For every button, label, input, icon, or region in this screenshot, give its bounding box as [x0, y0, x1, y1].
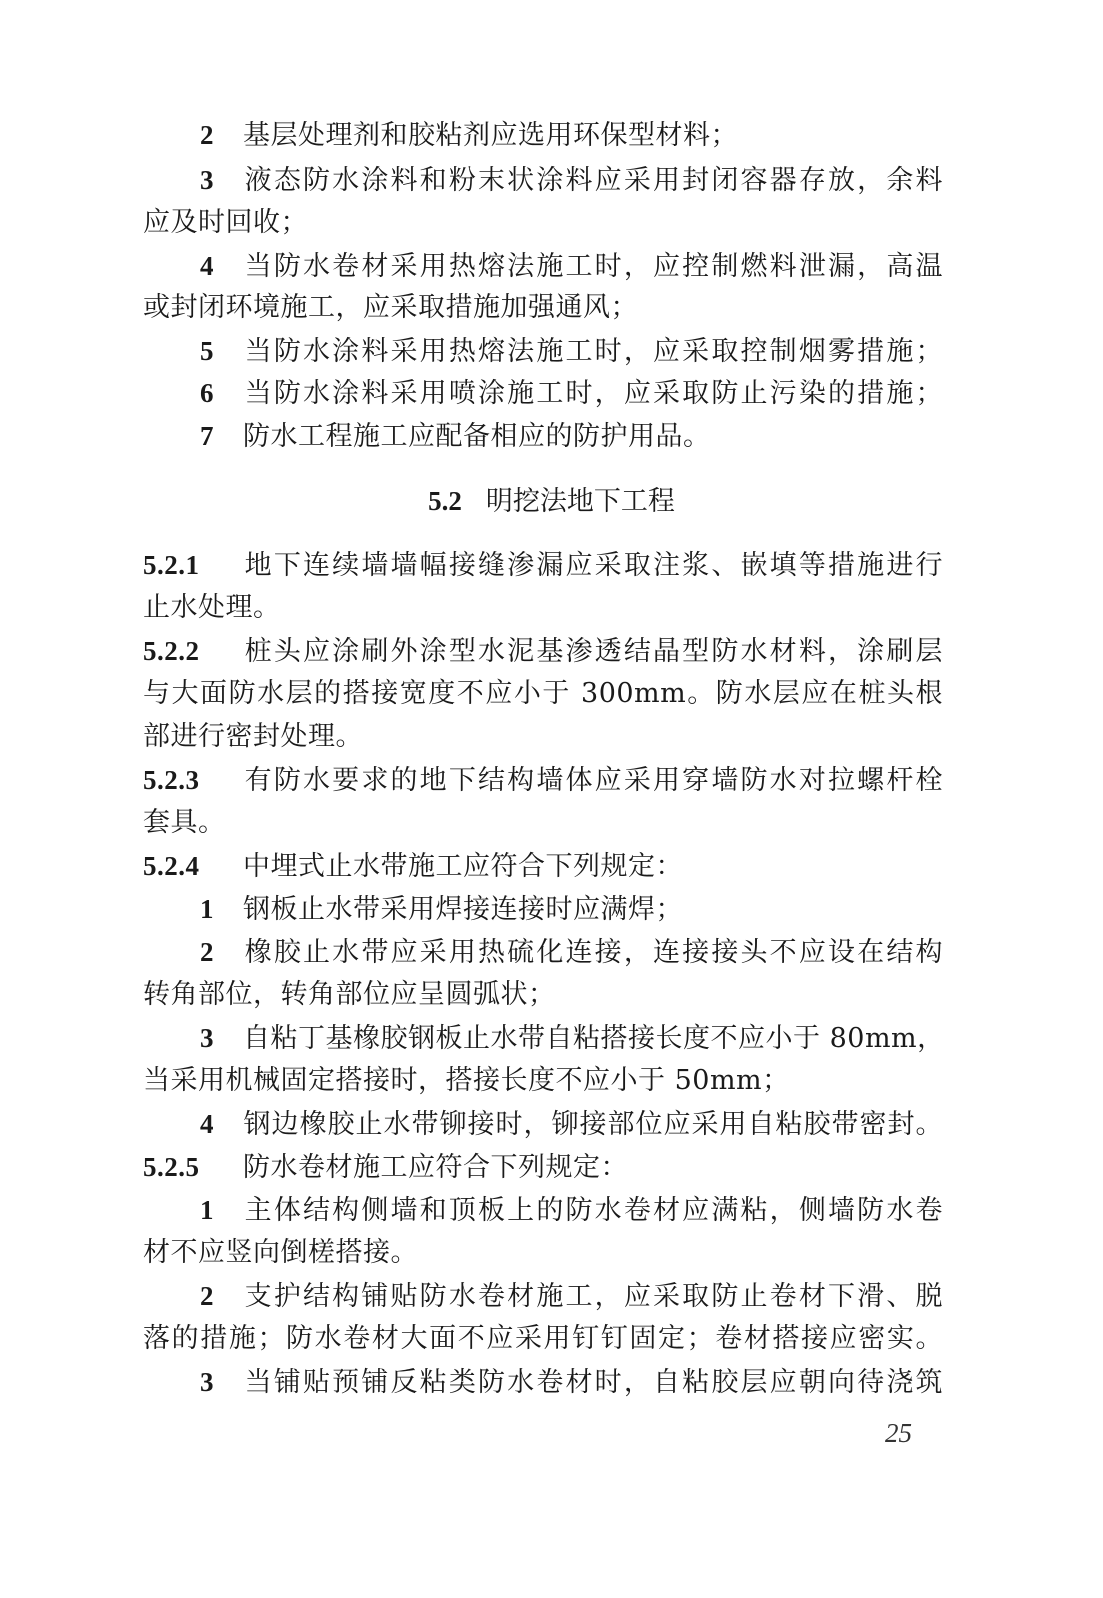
line-text: 桩头应涂刷外涂型水泥基渗透结晶型防水材料，涂刷层 — [243, 636, 943, 667]
list-item-line: 3自粘丁基橡胶钢板止水带自粘搭接长度不应小于 80mm， — [200, 1017, 943, 1059]
item-number: 3 — [200, 1361, 243, 1403]
line-text: 基层处理剂和胶粘剂应选用环保型材料； — [243, 120, 738, 151]
list-item-line: 6当防水涂料采用喷涂施工时，应采取防止污染的措施； — [200, 372, 943, 414]
list-item-line: 1主体结构侧墙和顶板上的防水卷材应满粘，侧墙防水卷 — [200, 1189, 943, 1231]
item-number: 6 — [200, 372, 243, 414]
list-item-line: 3当铺贴预铺反粘类防水卷材时，自粘胶层应朝向待浇筑 — [200, 1361, 943, 1403]
clause-line: 5.2.3有防水要求的地下结构墙体应采用穿墙防水对拉螺杆栓 — [143, 759, 943, 801]
line-text: 钢边橡胶止水带铆接时，铆接部位应采用自粘胶带密封。 — [243, 1109, 943, 1140]
list-item-line: 1钢板止水带采用焊接连接时应满焊； — [200, 888, 943, 930]
list-item-line: 5当防水涂料采用热熔法施工时，应采取控制烟雾措施； — [200, 330, 943, 372]
line-text: 与大面防水层的搭接宽度不应小于 300mm。防水层应在桩头根 — [143, 678, 943, 709]
continuation-line: 转角部位，转角部位应呈圆弧状； — [143, 974, 943, 1016]
continuation-line: 当采用机械固定搭接时，搭接长度不应小于 50mm； — [143, 1060, 943, 1102]
item-number: 5 — [200, 330, 243, 372]
continuation-line: 与大面防水层的搭接宽度不应小于 300mm。防水层应在桩头根 — [143, 673, 943, 715]
line-text: 防水工程施工应配备相应的防护用品。 — [243, 421, 711, 452]
item-number: 4 — [200, 1103, 243, 1145]
list-item-line: 4钢边橡胶止水带铆接时，铆接部位应采用自粘胶带密封。 — [200, 1103, 943, 1145]
clause-number: 5.2.5 — [143, 1146, 243, 1188]
item-number: 3 — [200, 1017, 243, 1059]
line-text: 支护结构铺贴防水卷材施工，应采取防止卷材下滑、脱 — [243, 1281, 943, 1312]
item-number: 1 — [200, 1189, 243, 1231]
section-title: 明挖法地下工程 — [486, 486, 675, 517]
continuation-line: 部进行密封处理。 — [143, 716, 943, 758]
item-number: 2 — [200, 1275, 243, 1317]
continuation-line: 或封闭环境施工，应采取措施加强通风； — [143, 287, 943, 329]
line-text: 当铺贴预铺反粘类防水卷材时，自粘胶层应朝向待浇筑 — [243, 1367, 943, 1398]
line-text: 地下连续墙墙幅接缝渗漏应采取注浆、嵌填等措施进行 — [243, 550, 943, 581]
line-text: 当防水卷材采用热熔法施工时，应控制燃料泄漏，高温 — [243, 251, 943, 282]
list-item-line: 7防水工程施工应配备相应的防护用品。 — [200, 415, 943, 457]
clause-number: 5.2.4 — [143, 845, 243, 887]
item-number: 1 — [200, 888, 243, 930]
line-text: 主体结构侧墙和顶板上的防水卷材应满粘，侧墙防水卷 — [243, 1195, 943, 1226]
list-item-line: 3液态防水涂料和粉末状涂料应采用封闭容器存放，余料 — [200, 159, 943, 201]
continuation-line: 止水处理。 — [143, 587, 943, 629]
clause-line: 5.2.1地下连续墙墙幅接缝渗漏应采取注浆、嵌填等措施进行 — [143, 544, 943, 586]
line-text: 橡胶止水带应采用热硫化连接，连接接头不应设在结构 — [243, 937, 943, 968]
item-number: 2 — [200, 114, 243, 156]
line-text: 止水处理。 — [143, 592, 281, 623]
clause-line: 5.2.5防水卷材施工应符合下列规定： — [143, 1146, 943, 1188]
line-text: 液态防水涂料和粉末状涂料应采用封闭容器存放，余料 — [243, 165, 943, 196]
line-text: 防水卷材施工应符合下列规定： — [243, 1152, 628, 1183]
section-number: 5.2 — [428, 480, 462, 522]
line-text: 材不应竖向倒槎搭接。 — [143, 1237, 418, 1268]
line-text: 套具。 — [143, 807, 226, 838]
line-text: 钢板止水带采用焊接连接时应满焊； — [243, 894, 683, 925]
list-item-line: 2基层处理剂和胶粘剂应选用环保型材料； — [200, 114, 943, 156]
line-text: 当采用机械固定搭接时，搭接长度不应小于 50mm； — [143, 1065, 790, 1096]
line-text: 落的措施；防水卷材大面不应采用钉钉固定；卷材搭接应密实。 — [143, 1323, 943, 1354]
continuation-line: 落的措施；防水卷材大面不应采用钉钉固定；卷材搭接应密实。 — [143, 1318, 943, 1360]
list-item-line: 2支护结构铺贴防水卷材施工，应采取防止卷材下滑、脱 — [200, 1275, 943, 1317]
item-number: 4 — [200, 245, 243, 287]
clause-line: 5.2.4中埋式止水带施工应符合下列规定： — [143, 845, 943, 887]
clause-number: 5.2.2 — [143, 630, 243, 672]
line-text: 或封闭环境施工，应采取措施加强通风； — [143, 292, 638, 323]
page-number: 25 — [885, 1418, 912, 1449]
line-text: 有防水要求的地下结构墙体应采用穿墙防水对拉螺杆栓 — [243, 765, 943, 796]
clause-number: 5.2.3 — [143, 759, 243, 801]
line-text: 应及时回收； — [143, 207, 308, 238]
list-item-line: 4当防水卷材采用热熔法施工时，应控制燃料泄漏，高温 — [200, 245, 943, 287]
item-number: 3 — [200, 159, 243, 201]
line-text: 部进行密封处理。 — [143, 721, 363, 752]
continuation-line: 应及时回收； — [143, 202, 943, 244]
item-number: 7 — [200, 415, 243, 457]
line-text: 中埋式止水带施工应符合下列规定： — [243, 851, 683, 882]
line-text: 当防水涂料采用喷涂施工时，应采取防止污染的措施； — [243, 378, 943, 409]
line-text: 自粘丁基橡胶钢板止水带自粘搭接长度不应小于 80mm， — [243, 1023, 945, 1054]
list-item-line: 2橡胶止水带应采用热硫化连接，连接接头不应设在结构 — [200, 931, 943, 973]
section-heading: 5.2明挖法地下工程 — [0, 480, 1103, 523]
line-text: 转角部位，转角部位应呈圆弧状； — [143, 979, 556, 1010]
continuation-line: 套具。 — [143, 802, 943, 844]
line-text: 当防水涂料采用热熔法施工时，应采取控制烟雾措施； — [243, 336, 943, 367]
continuation-line: 材不应竖向倒槎搭接。 — [143, 1232, 943, 1274]
clause-line: 5.2.2桩头应涂刷外涂型水泥基渗透结晶型防水材料，涂刷层 — [143, 630, 943, 672]
item-number: 2 — [200, 931, 243, 973]
clause-number: 5.2.1 — [143, 544, 243, 586]
